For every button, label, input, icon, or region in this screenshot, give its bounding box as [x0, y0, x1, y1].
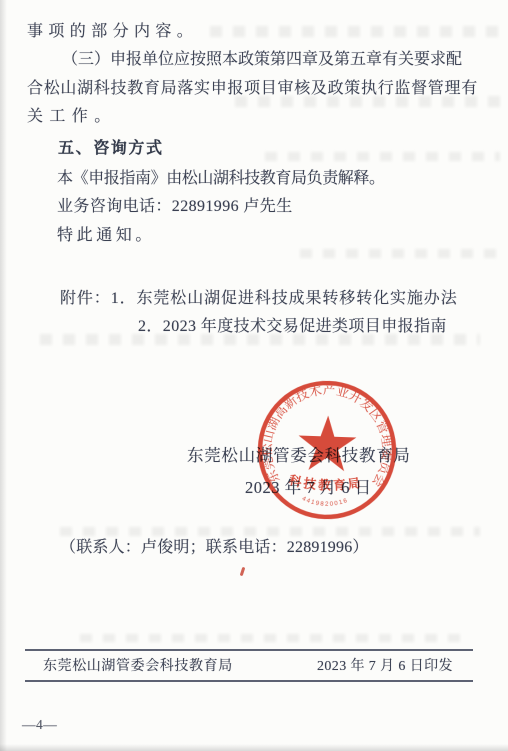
- footer-rule-bottom: [25, 680, 473, 682]
- scan-artifact: [300, 249, 500, 258]
- footer-issuer: 东莞松山湖管委会科技教育局: [43, 658, 233, 676]
- attachment-item-2: 2．2023 年度技术交易促进类项目申报指南: [138, 317, 447, 338]
- red-ink-mark: [240, 567, 246, 576]
- section-heading: 五、咨询方式: [58, 139, 164, 160]
- seal-code-number: 4419820016: [301, 495, 350, 508]
- footer-rule-top: [25, 649, 473, 651]
- scanned-document-page: 事项的部分内容。 （三）申报单位应按照本政策第四章及第五章有关要求配 合松山湖科…: [0, 0, 508, 751]
- scan-artifact: [210, 26, 500, 37]
- scan-artifact: [265, 152, 500, 161]
- body-line-phone: 业务咨询电话：22891996 卢先生: [57, 197, 293, 218]
- scan-artifact: [80, 634, 460, 642]
- scan-edge-shadow-left: [0, 0, 7, 751]
- seal-inner-text: 科技教育局: [287, 472, 364, 494]
- body-line-item-three: （三）申报单位应按照本政策第四章及第五章有关要求配: [62, 50, 462, 71]
- svg-text:科技教育局: 科技教育局: [287, 472, 364, 494]
- page-number: —4—: [22, 716, 57, 734]
- body-line-continuation: 事项的部分内容。: [27, 22, 198, 43]
- body-line-notice: 特此通知。: [57, 226, 155, 247]
- footer-print-date: 2023 年 7 月 6 日印发: [317, 658, 453, 676]
- body-line: 合松山湖科技教育局落实申报项目审核及政策执行监督管理有: [27, 79, 478, 100]
- body-line: 关工作。: [27, 107, 117, 128]
- scan-edge-shadow-bottom: [0, 744, 508, 751]
- body-line-interpretation: 本《申报指南》由松山湖科技教育局负责解释。: [57, 169, 385, 190]
- attachment-item-1: 附件：1．东莞松山湖促进科技成果转移转化实施办法: [60, 289, 458, 310]
- contact-line: （联系人：卢俊明；联系电话：22891996）: [60, 538, 369, 559]
- official-seal: 东莞松山湖高新技术产业开发区管理委员会 科技教育局 4419820016: [254, 377, 401, 524]
- svg-text:4419820016: 4419820016: [301, 495, 350, 508]
- seal-star-icon: [297, 415, 357, 472]
- scan-artifact: [60, 527, 480, 536]
